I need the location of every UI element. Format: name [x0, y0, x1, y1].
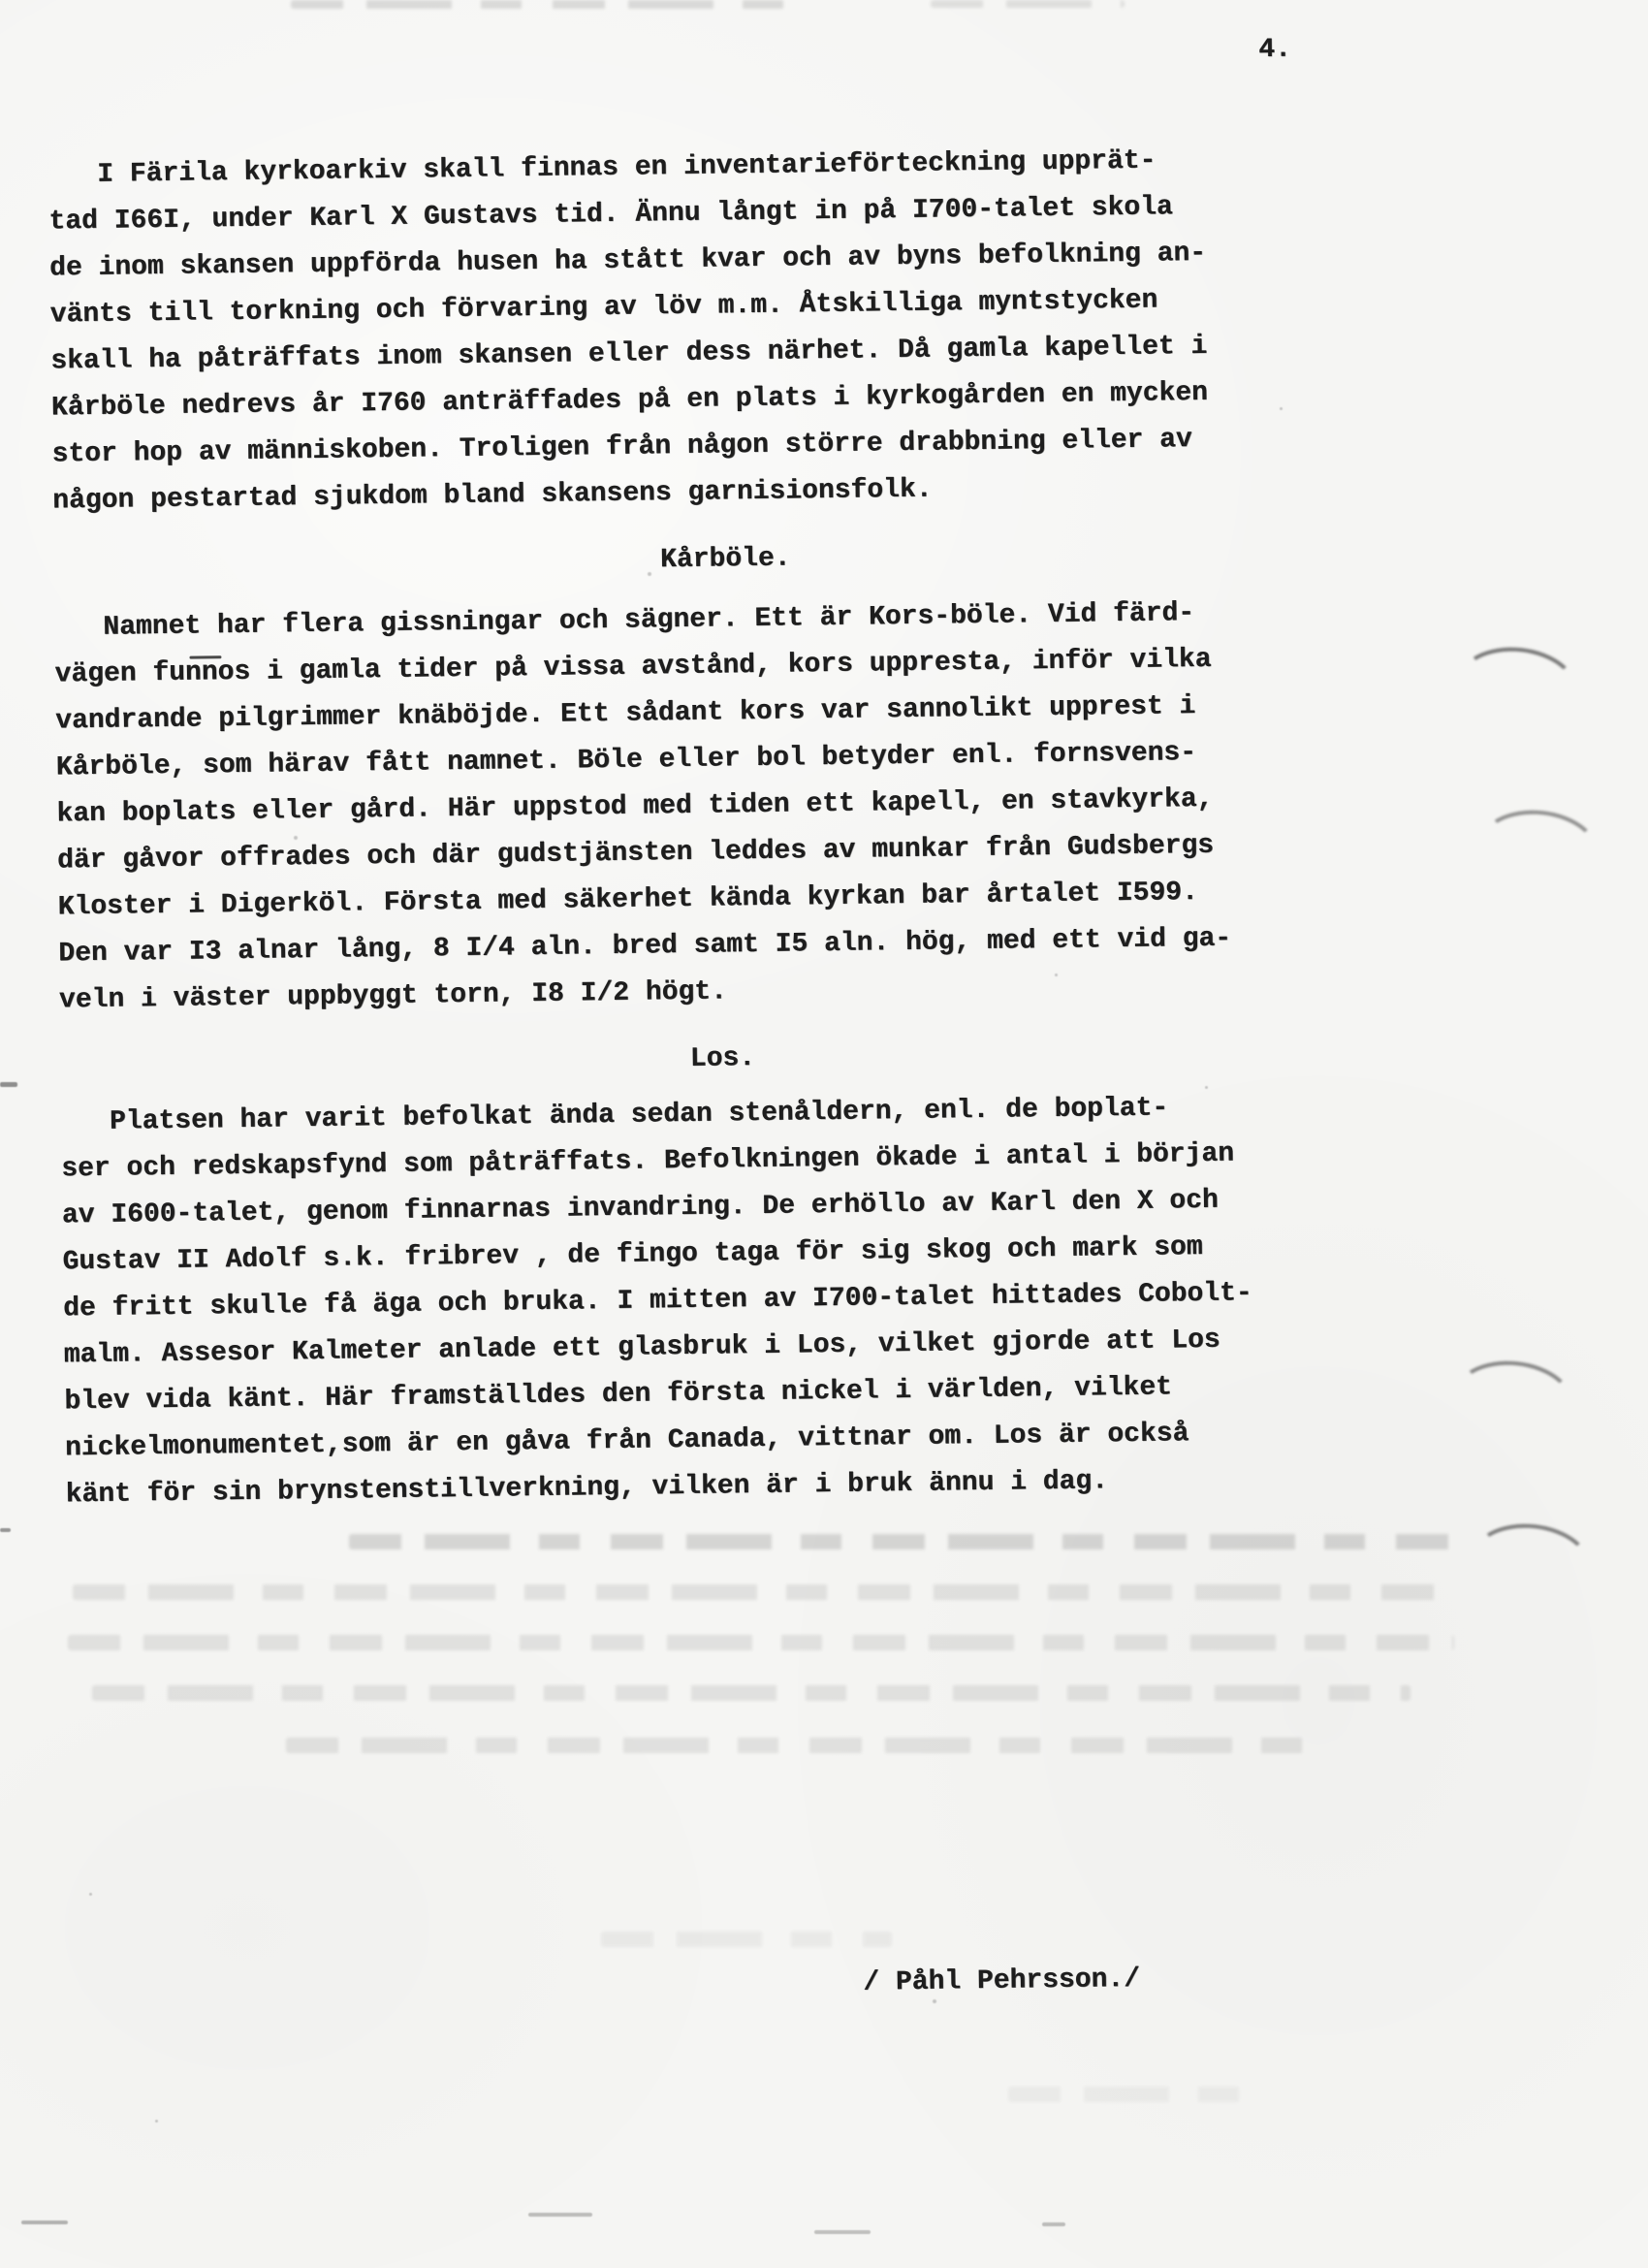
paragraph-karbole: Namnet har flera gissningar och sägner. …: [54, 586, 1572, 1024]
paper-speck: [1055, 974, 1058, 976]
bleed-through-text: [68, 1635, 1454, 1650]
page-number: 4.: [1258, 27, 1291, 74]
stray-mark: [814, 2230, 871, 2234]
heading-los: Los.: [690, 1036, 756, 1083]
paragraph-los: Platsen har varit befolkat ända sedan st…: [60, 1080, 1578, 1518]
bleed-through-text: [73, 1584, 1449, 1600]
stray-mark: [1042, 2222, 1065, 2226]
scanned-document-page: 4. I Färila kyrkoarkiv skall finnas en i…: [0, 0, 1648, 2268]
paper-speck: [408, 987, 411, 990]
stray-mark: [21, 2220, 68, 2224]
paper-speck: [155, 2120, 158, 2123]
stray-mark: [528, 2213, 592, 2217]
paper-speck: [1205, 1086, 1208, 1089]
bleed-through-text: [931, 0, 1125, 8]
bleed-through-text: [601, 1932, 892, 1947]
typewritten-text-layer: 4. I Färila kyrkoarkiv skall finnas en i…: [0, 0, 1648, 2268]
paper-speck: [89, 1893, 92, 1896]
paragraph-farila-skansen: I Färila kyrkoarkiv skall finnas en inve…: [48, 133, 1566, 525]
bleed-through-text: [286, 1738, 1323, 1753]
bleed-through-text: [291, 0, 814, 9]
bleed-through-text: [349, 1534, 1454, 1549]
paper-speck: [933, 1999, 936, 2003]
signature: / Påhl Pehrsson./: [863, 1957, 1140, 2007]
bleed-through-text: [92, 1685, 1410, 1701]
margin-dash-mark: [0, 1082, 17, 1087]
paper-speck: [648, 572, 651, 576]
paper-speck: [294, 836, 298, 840]
paper-speck: [1280, 407, 1283, 410]
heading-karbole: Kårböle.: [660, 536, 791, 585]
bleed-through-text: [1008, 2087, 1241, 2102]
margin-dash-mark: [0, 1528, 11, 1532]
typewriter-correction-mark: [189, 655, 221, 658]
